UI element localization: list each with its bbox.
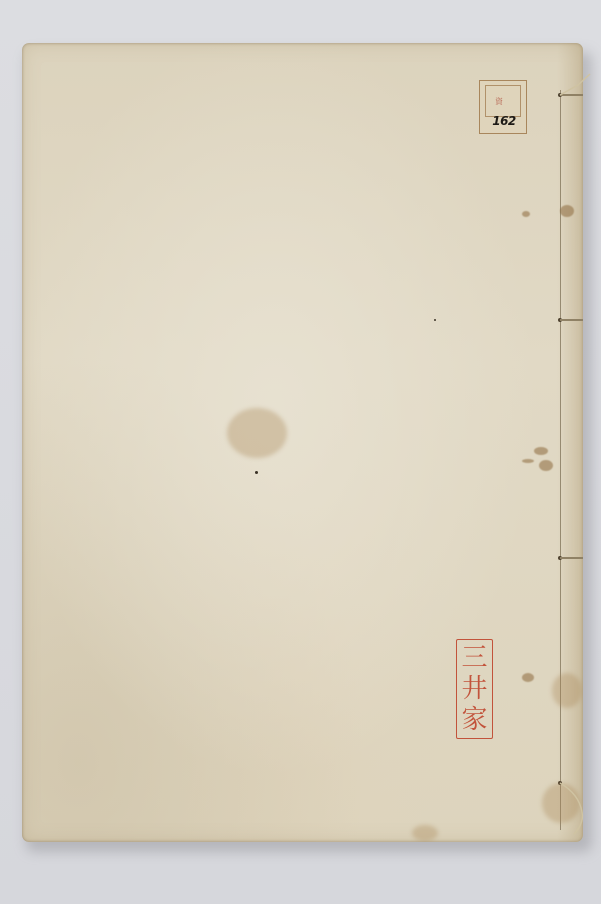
label-inner-box xyxy=(485,85,521,117)
speck xyxy=(434,319,436,321)
stain xyxy=(522,673,534,682)
stain xyxy=(539,460,553,471)
stitch-thread xyxy=(560,557,583,559)
stain xyxy=(560,205,574,217)
label-mark: 資 xyxy=(495,98,503,106)
stain xyxy=(412,825,438,841)
label-number: 162 xyxy=(484,114,524,128)
stain xyxy=(534,447,548,455)
seal-char-1: 三 xyxy=(461,645,487,671)
stain xyxy=(542,783,580,823)
stain xyxy=(522,211,530,217)
seal-char-3: 家 xyxy=(461,707,487,733)
stain xyxy=(552,673,582,708)
ownership-seal: 三 井 家 xyxy=(456,639,493,739)
speck xyxy=(255,471,258,474)
stitch-thread xyxy=(560,319,583,321)
library-label: 資 162 xyxy=(479,80,527,134)
seal-char-2: 井 xyxy=(461,676,487,702)
book-cover: 資 162 三 井 家 xyxy=(22,43,583,842)
stain xyxy=(522,459,534,463)
stitch-thread xyxy=(560,94,583,96)
binding-line xyxy=(560,90,561,830)
stain xyxy=(227,408,287,458)
